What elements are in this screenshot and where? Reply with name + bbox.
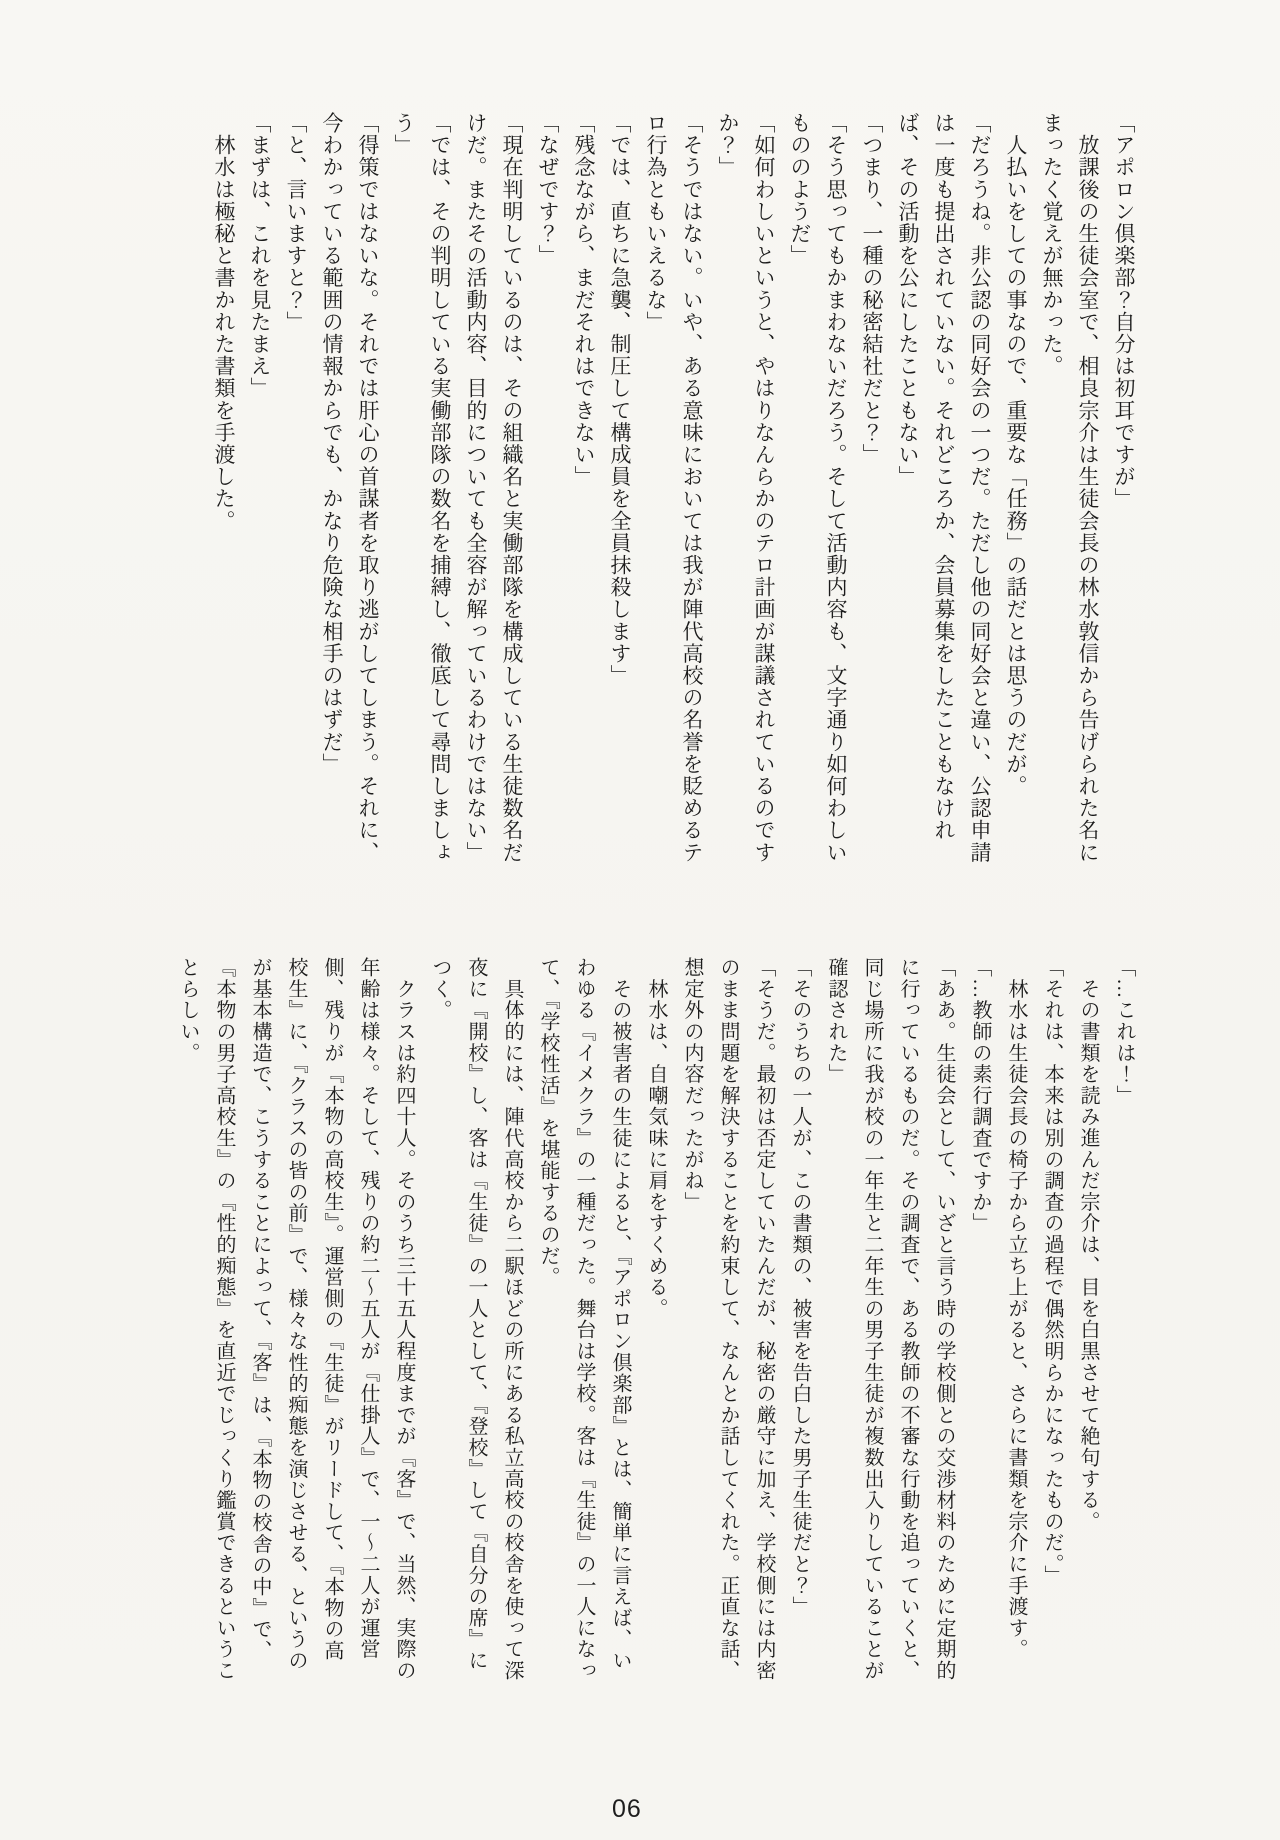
text-line: か？」 [710, 112, 746, 874]
text-line: 年齢は様々。そして、残りの約二〜五人が『仕掛人』で、一〜二人が運営 [350, 957, 386, 1683]
text-line: て、『学校性活』を堪能するのだ。 [530, 957, 566, 1683]
text-line: 校生』に、『クラスの皆の前』で、様々な性的痴態を演じさせる、というの [278, 957, 314, 1683]
text-line: 「…教師の素行調査ですか」 [962, 957, 998, 1683]
text-line: 確認された」 [818, 957, 854, 1683]
text-line: 放課後の生徒会室で、相良宗介は生徒会長の林水敦信から告げられた名に [1070, 112, 1106, 874]
text-line: まったく覚えが無かった。 [1034, 112, 1070, 874]
text-line: ば、その活動を公にしたこともない」 [890, 112, 926, 874]
text-line: けだ。またその活動内容、目的についても全容が解っているわけではない」 [458, 112, 494, 874]
text-line: 「アポロン倶楽部？自分は初耳ですが」 [1106, 112, 1142, 874]
text-line: 同じ場所に我が校の一年生と二年生の男子生徒が複数出入りしていることが [854, 957, 890, 1683]
text-line: 「得策ではないな。それでは肝心の首謀者を取り逃がしてしまう。それに、 [350, 112, 386, 874]
text-line: 「では、直ちに急襲、制圧して構成員を全員抹殺します」 [602, 112, 638, 874]
text-line: 「ああ。生徒会として、いざと言う時の学校側との交渉材料のために定期的 [926, 957, 962, 1683]
text-line: に行っているものだ。その調査で、ある教師の不審な行動を追っていくと、 [890, 957, 926, 1683]
text-line: 「では、その判明している実働部隊の数名を捕縛し、徹底して尋問しましょ [422, 112, 458, 874]
text-line: クラスは約四十人。そのうち三十五人程度までが『客』で、当然、実際の [386, 957, 422, 1683]
text-line: のまま問題を解決することを約束して、なんとか話してくれた。正直な話、 [710, 957, 746, 1683]
text-line: わゆる『イメクラ』の一種だった。舞台は学校。客は『生徒』の一人になっ [566, 957, 602, 1683]
text-line: 林水は生徒会長の椅子から立ち上がると、さらに書類を宗介に手渡す。 [998, 957, 1034, 1683]
text-line: 夜に『開校』し、客は『生徒』の一人として、『登校』して『自分の席』に [458, 957, 494, 1683]
text-line: もののようだ」 [782, 112, 818, 874]
text-line: 「つまり、一種の秘密結社だと？」 [854, 112, 890, 874]
text-line: つく。 [422, 957, 458, 1683]
text-line: う」 [386, 112, 422, 874]
text-line: 「如何わしいというと、やはりなんらかのテロ計画が謀議されているのです [746, 112, 782, 874]
text-block-top: 「アポロン倶楽部？自分は初耳ですが」 放課後の生徒会室で、相良宗介は生徒会長の林… [206, 112, 1142, 874]
text-line: 『本物の男子高校生』の『性的痴態』を直近でじっくり鑑賞できるというこ [206, 957, 242, 1683]
text-line: 「それは、本来は別の調査の過程で偶然明らかになったものだ。」 [1034, 957, 1070, 1683]
text-line: ロ行為ともいえるな」 [638, 112, 674, 874]
text-line: は一度も提出されていない。それどころか、会員募集をしたこともなけれ [926, 112, 962, 874]
text-line: 「だろうね。非公認の同好会の一つだ。ただし他の同好会と違い、公認申請 [962, 112, 998, 874]
text-line: 「そのうちの一人が、この書類の、被害を告白した男子生徒だと？」 [782, 957, 818, 1683]
text-line: 林水は極秘と書かれた書類を手渡した。 [206, 112, 242, 874]
text-line: 「…これは！」 [1106, 957, 1142, 1683]
text-line: 「そうだ。最初は否定していたんだが、秘密の厳守に加え、学校側には内密 [746, 957, 782, 1683]
text-line: 「現在判明しているのは、その組織名と実働部隊を構成している生徒数名だ [494, 112, 530, 874]
text-line: 「と、言いますと？」 [278, 112, 314, 874]
text-line: 人払いをしての事なので、重要な「任務」の話だとは思うのだが。 [998, 112, 1034, 874]
text-line: 側、残りが『本物の高校生』。運営側の『生徒』がリードして、『本物の高 [314, 957, 350, 1683]
text-line: 「残念ながら、まだそれはできない」 [566, 112, 602, 874]
text-line: 今わかっている範囲の情報からでも、かなり危険な相手のはずだ」 [314, 112, 350, 874]
text-line: が基本構造で、こうすることによって、『客』は、『本物の校舎の中』で、 [242, 957, 278, 1683]
text-line: その被害者の生徒によると、『アポロン倶楽部』とは、簡単に言えば、い [602, 957, 638, 1683]
text-line: 想定外の内容だったがね」 [674, 957, 710, 1683]
text-block-bottom: 「…これは！」 その書類を読み進んだ宗介は、目を白黒させて絶句する。「それは、本… [170, 957, 1142, 1683]
text-line: 具体的には、陣代高校から二駅ほどの所にある私立高校の校舎を使って深 [494, 957, 530, 1683]
text-line: 「なぜです？」 [530, 112, 566, 874]
page-number: 06 [612, 1795, 642, 1824]
text-line: とらしい。 [170, 957, 206, 1683]
text-line: 「そうではない。いや、ある意味においては我が陣代高校の名誉を貶めるテ [674, 112, 710, 874]
text-line: 「そう思ってもかまわないだろう。そして活動内容も、文字通り如何わしい [818, 112, 854, 874]
text-line: その書類を読み進んだ宗介は、目を白黒させて絶句する。 [1070, 957, 1106, 1683]
text-line: 「まずは、これを見たまえ」 [242, 112, 278, 874]
scanned-novel-page: 「アポロン倶楽部？自分は初耳ですが」 放課後の生徒会室で、相良宗介は生徒会長の林… [0, 0, 1280, 1840]
text-line: 林水は、自嘲気味に肩をすくめる。 [638, 957, 674, 1683]
